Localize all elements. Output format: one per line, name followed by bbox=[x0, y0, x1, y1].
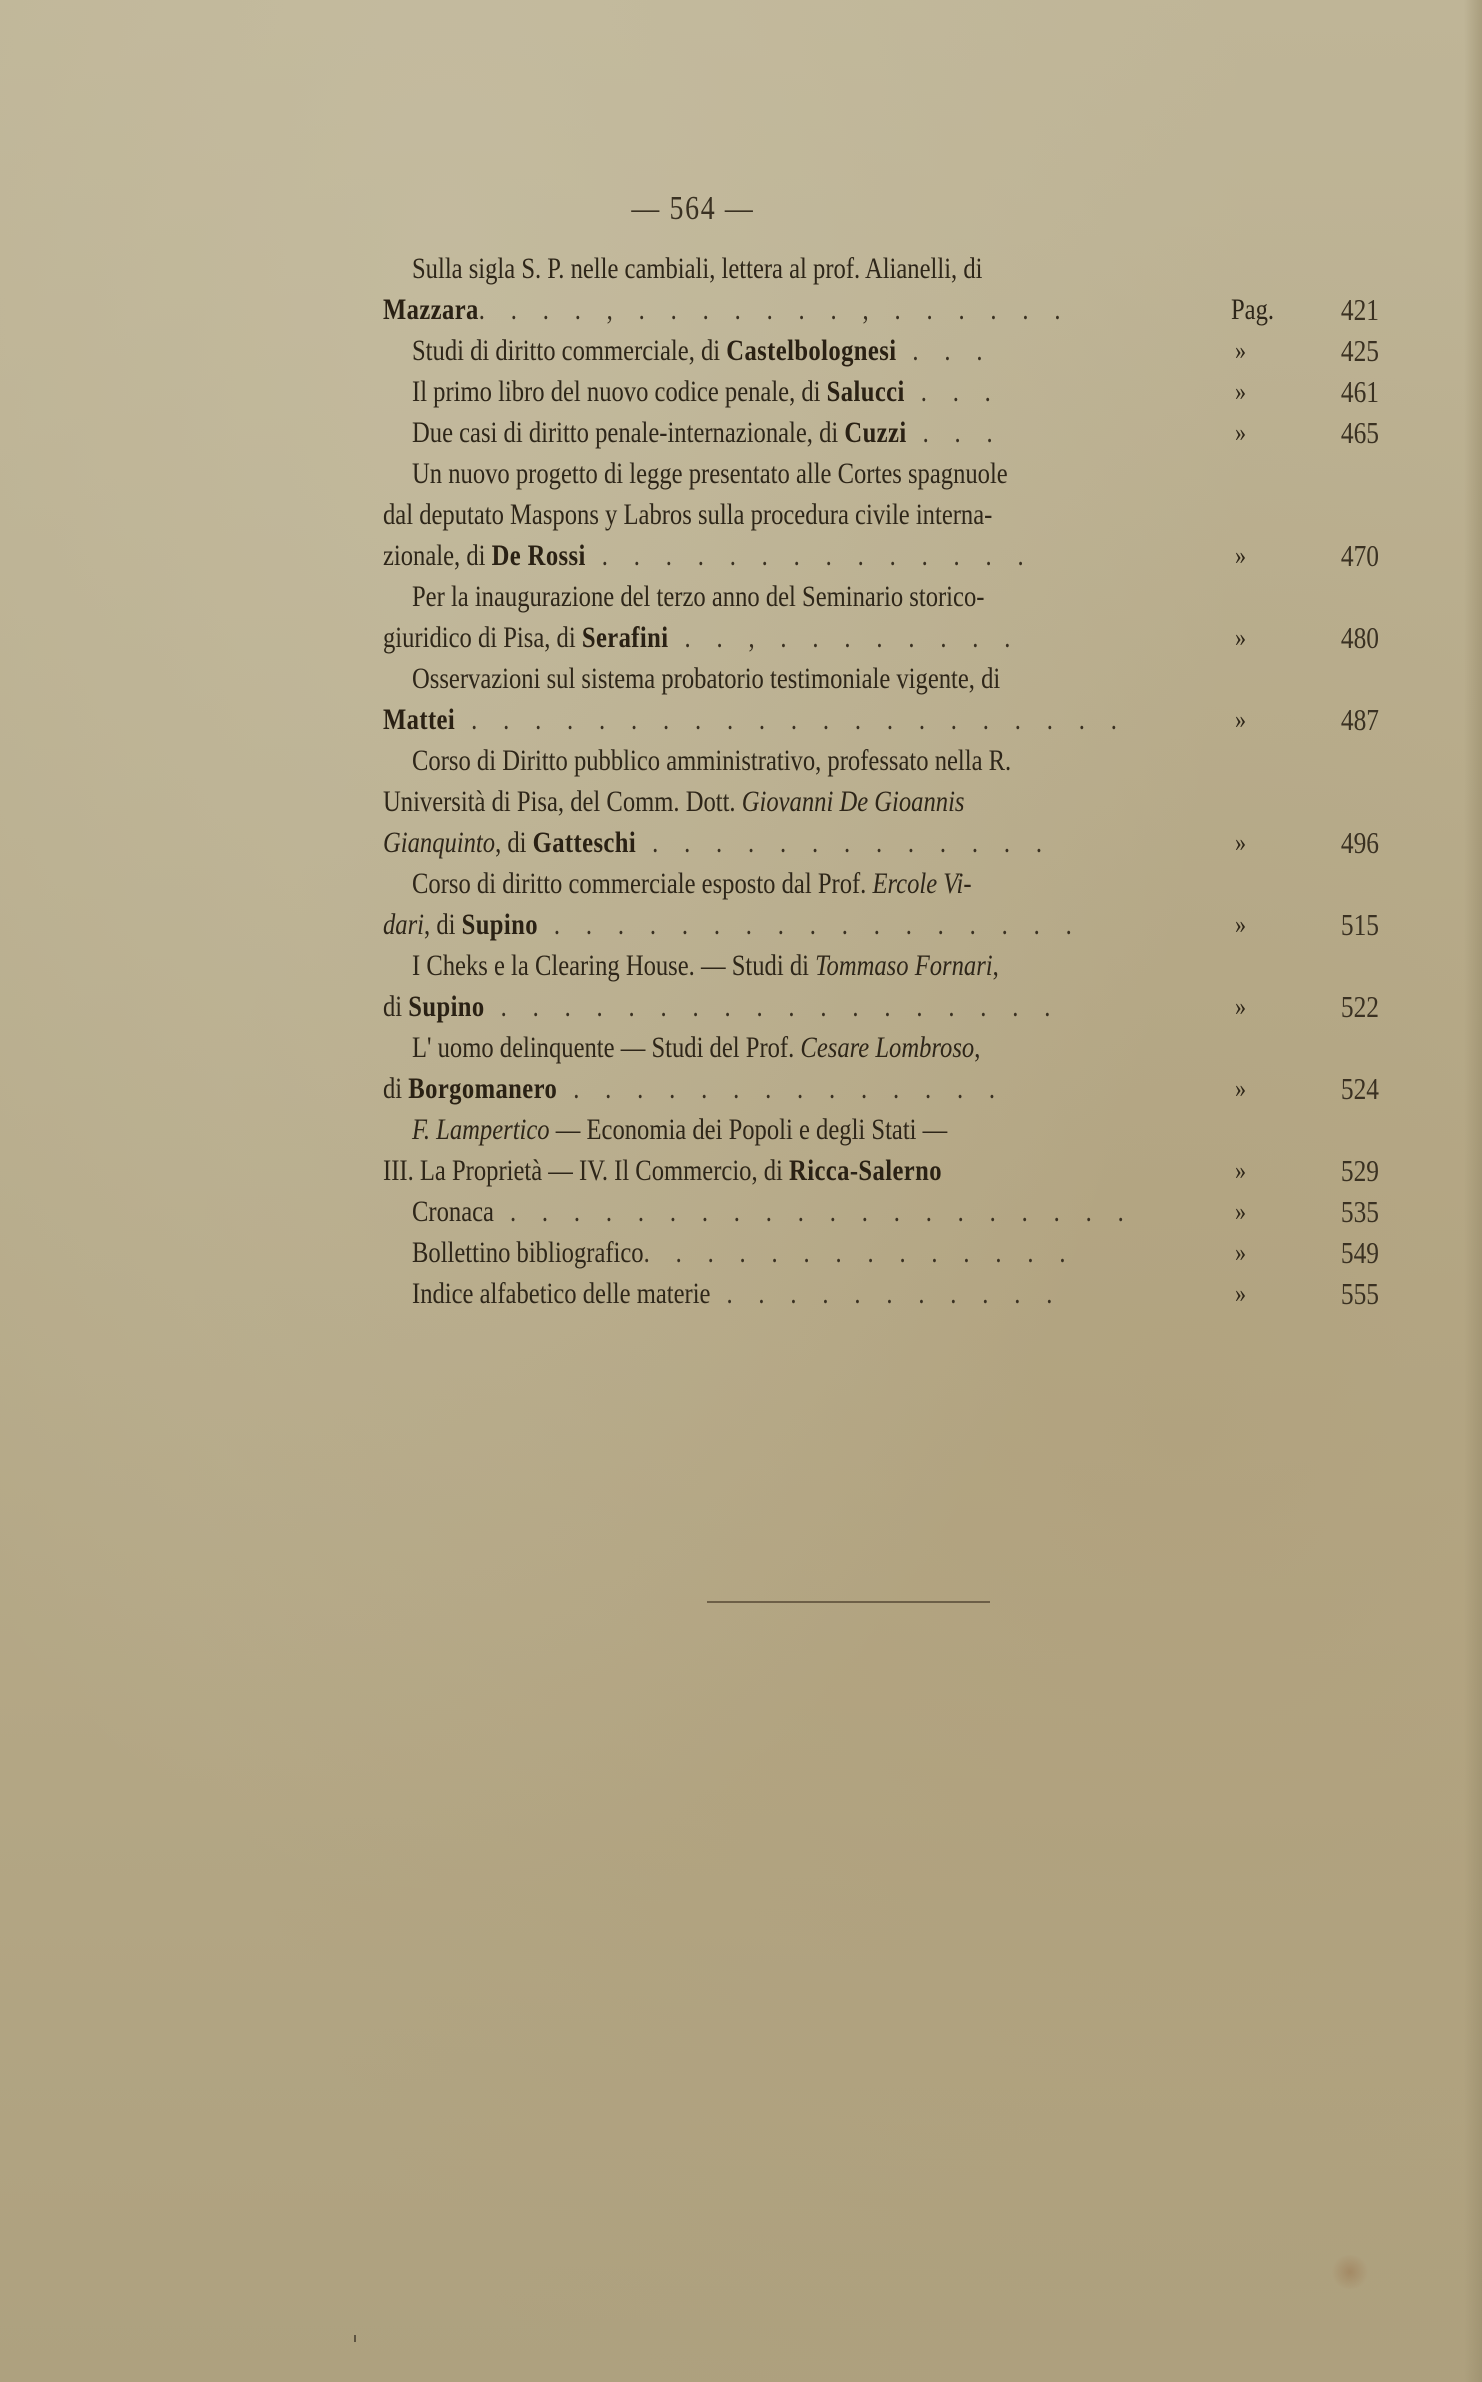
toc-line-text: Indice alfabetico delle materie . . . . … bbox=[412, 1273, 1252, 1314]
toc-entry: L' uomo delinquente — Studi del Prof. Ce… bbox=[383, 1027, 1383, 1109]
paper-speck bbox=[354, 2335, 356, 2342]
toc-line: dari, di Supino . . . . . . . . . . . . … bbox=[383, 904, 1383, 945]
toc-line-text: giuridico di Pisa, di Serafini . . , . .… bbox=[383, 617, 1223, 658]
author-name: De Rossi bbox=[492, 539, 586, 572]
toc-line-text: Il primo libro del nuovo codice penale, … bbox=[412, 371, 1252, 412]
toc-line: Indice alfabetico delle materie . . . . … bbox=[383, 1273, 1383, 1314]
toc-entry: Due casi di diritto penale-internazional… bbox=[383, 412, 1383, 453]
entry-title-text: Due casi di diritto penale-internazional… bbox=[412, 416, 844, 449]
author-name: Salucci bbox=[827, 375, 905, 408]
entry-title-text: — Economia dei Popoli e degli Stati — bbox=[550, 1113, 948, 1146]
entry-title-text: di bbox=[383, 1072, 408, 1105]
toc-line-text: Osservazioni sul sistema probatorio test… bbox=[412, 658, 1252, 699]
page-reference: 555 bbox=[1313, 1273, 1379, 1314]
italic-title: F. Lampertico bbox=[412, 1113, 550, 1146]
author-name: Ricca-Salerno bbox=[789, 1154, 942, 1187]
toc-line-text: di Borgomanero . . . . . . . . . . . . .… bbox=[383, 1068, 1223, 1109]
dot-leaders: . . . bbox=[905, 375, 1001, 408]
entry-title-text: , bbox=[974, 1031, 980, 1064]
closing-rule bbox=[707, 1601, 990, 1603]
entry-title-text: Indice alfabetico delle materie bbox=[412, 1277, 710, 1310]
entry-title-text: L' uomo delinquente — Studi del Prof. bbox=[412, 1031, 800, 1064]
toc-line-text: Gianquinto, di Gatteschi . . . . . . . .… bbox=[383, 822, 1223, 863]
dot-leaders: . . . . . . . . . . . . . . . . . . . . … bbox=[455, 703, 1127, 736]
entry-title-text: Corso di diritto commerciale esposto dal… bbox=[412, 867, 872, 900]
toc-line: F. Lampertico — Economia dei Popoli e de… bbox=[383, 1109, 1383, 1150]
entry-title-text: Osservazioni sul sistema probatorio test… bbox=[412, 662, 1000, 695]
toc-line: Studi di diritto commerciale, di Castelb… bbox=[383, 330, 1383, 371]
toc-line-text: Università di Pisa, del Comm. Dott. Giov… bbox=[383, 781, 1223, 822]
entry-title-text: Bollettino bibliografico bbox=[412, 1236, 644, 1269]
page-reference: 524 bbox=[1313, 1068, 1379, 1109]
toc-line-text: Un nuovo progetto di legge presentato al… bbox=[412, 453, 1252, 494]
page-reference: 487 bbox=[1313, 699, 1379, 740]
toc-entry: Corso di Diritto pubblico amministrativo… bbox=[383, 740, 1383, 863]
dot-leaders: . . . bbox=[907, 416, 1003, 449]
italic-title: Cesare Lombroso bbox=[800, 1031, 974, 1064]
toc-line-text: Sulla sigla S. P. nelle cambiali, letter… bbox=[412, 248, 1252, 289]
dot-leaders: . . . . , . . . . . . . , . . . . . . bbox=[479, 293, 1071, 326]
entry-title-text: Cronaca bbox=[412, 1195, 494, 1228]
toc-line-text: Bollettino bibliografico. . . . . . . . … bbox=[412, 1232, 1252, 1273]
entry-title-text: Un nuovo progetto di legge presentato al… bbox=[412, 457, 1008, 490]
toc-line: di Borgomanero . . . . . . . . . . . . .… bbox=[383, 1068, 1383, 1109]
page-reference: 522 bbox=[1313, 986, 1379, 1027]
toc-line: Cronaca . . . . . . . . . . . . . . . . … bbox=[383, 1191, 1383, 1232]
dot-leaders: . . . . . . . . . . . . . . . . . . . . bbox=[494, 1195, 1134, 1228]
toc-line-text: zionale, di De Rossi . . . . . . . . . .… bbox=[383, 535, 1223, 576]
toc-line-text: Studi di diritto commerciale, di Castelb… bbox=[412, 330, 1252, 371]
dot-leaders: . . . bbox=[896, 334, 992, 367]
toc-line-text: L' uomo delinquente — Studi del Prof. Ce… bbox=[412, 1027, 1252, 1068]
page-reference: 549 bbox=[1313, 1232, 1379, 1273]
entry-title-text: , bbox=[993, 949, 999, 982]
toc-entry: I Cheks e la Clearing House. — Studi di … bbox=[383, 945, 1383, 1027]
toc-line-text: Corso di Diritto pubblico amministrativo… bbox=[412, 740, 1252, 781]
dot-leaders: . . . . . . . . . . . . . . bbox=[644, 1236, 1076, 1269]
ditto-mark: » bbox=[1235, 535, 1246, 576]
entry-title-text: , di bbox=[495, 826, 533, 859]
entry-title-text: di bbox=[383, 990, 408, 1023]
toc-line: Mazzara. . . . , . . . . . . . , . . . .… bbox=[383, 289, 1383, 330]
dot-leaders: . . . . . . . . . . . . . . . . . bbox=[538, 908, 1082, 941]
toc-line: dal deputato Maspons y Labros sulla proc… bbox=[383, 494, 1383, 535]
toc-line: Università di Pisa, del Comm. Dott. Giov… bbox=[383, 781, 1383, 822]
italic-title: Gianquinto bbox=[383, 826, 495, 859]
page-reference: 421 bbox=[1313, 289, 1379, 330]
ditto-mark: » bbox=[1235, 330, 1246, 371]
toc-entry: Sulla sigla S. P. nelle cambiali, letter… bbox=[383, 248, 1383, 330]
page-reference: 515 bbox=[1313, 904, 1379, 945]
page-reference: 535 bbox=[1313, 1191, 1379, 1232]
toc-line-text: III. La Proprietà — IV. Il Commercio, di… bbox=[383, 1150, 1223, 1191]
toc-line-text: Corso di diritto commerciale esposto dal… bbox=[412, 863, 1252, 904]
toc-line: zionale, di De Rossi . . . . . . . . . .… bbox=[383, 535, 1383, 576]
ditto-mark: » bbox=[1235, 1068, 1246, 1109]
toc-line: Il primo libro del nuovo codice penale, … bbox=[383, 371, 1383, 412]
toc-line: Mattei . . . . . . . . . . . . . . . . .… bbox=[383, 699, 1383, 740]
author-name: Borgomanero bbox=[408, 1072, 557, 1105]
author-name: Serafini bbox=[582, 621, 669, 654]
toc-entry: Bollettino bibliografico. . . . . . . . … bbox=[383, 1232, 1383, 1273]
page-reference: 470 bbox=[1313, 535, 1379, 576]
entry-title-text: Studi di diritto commerciale, di bbox=[412, 334, 726, 367]
author-name: Gatteschi bbox=[533, 826, 636, 859]
entry-title-text: Per la inaugurazione del terzo anno del … bbox=[412, 580, 984, 613]
author-name: Supino bbox=[408, 990, 484, 1023]
toc-line-text: Mazzara. . . . , . . . . . . . , . . . .… bbox=[383, 289, 1223, 330]
toc-entry: Il primo libro del nuovo codice penale, … bbox=[383, 371, 1383, 412]
entry-title-text: I Cheks e la Clearing House. — Studi di bbox=[412, 949, 815, 982]
italic-title: Giovanni De Gioannis bbox=[742, 785, 965, 818]
entry-title-text: Sulla sigla S. P. nelle cambiali, letter… bbox=[412, 252, 982, 285]
toc-line-text: I Cheks e la Clearing House. — Studi di … bbox=[412, 945, 1252, 986]
author-name: Castelbolognesi bbox=[726, 334, 896, 367]
entry-title-text: Il primo libro del nuovo codice penale, … bbox=[412, 375, 827, 408]
toc-entry: Un nuovo progetto di legge presentato al… bbox=[383, 453, 1383, 576]
toc-entry: Cronaca . . . . . . . . . . . . . . . . … bbox=[383, 1191, 1383, 1232]
toc-line: Bollettino bibliografico. . . . . . . . … bbox=[383, 1232, 1383, 1273]
ditto-mark: » bbox=[1235, 1232, 1246, 1273]
ditto-mark: » bbox=[1235, 986, 1246, 1027]
toc-line-text: dal deputato Maspons y Labros sulla proc… bbox=[383, 494, 1223, 535]
toc-line-text: Due casi di diritto penale-internazional… bbox=[412, 412, 1252, 453]
toc-entry: F. Lampertico — Economia dei Popoli e de… bbox=[383, 1109, 1383, 1191]
author-name: Supino bbox=[462, 908, 538, 941]
page-reference: 465 bbox=[1313, 412, 1379, 453]
italic-title: dari bbox=[383, 908, 424, 941]
author-name: Mattei bbox=[383, 703, 455, 736]
toc-line: III. La Proprietà — IV. Il Commercio, di… bbox=[383, 1150, 1383, 1191]
toc-line: giuridico di Pisa, di Serafini . . , . .… bbox=[383, 617, 1383, 658]
toc-line: L' uomo delinquente — Studi del Prof. Ce… bbox=[383, 1027, 1383, 1068]
ditto-mark: » bbox=[1235, 371, 1246, 412]
toc-line: Corso di Diritto pubblico amministrativo… bbox=[383, 740, 1383, 781]
author-name: Cuzzi bbox=[844, 416, 906, 449]
dot-leaders: . . . . . . . . . . . . . . bbox=[586, 539, 1034, 572]
toc-line: di Supino . . . . . . . . . . . . . . . … bbox=[383, 986, 1383, 1027]
entry-title-text: dal deputato Maspons y Labros sulla proc… bbox=[383, 498, 992, 531]
ditto-mark: » bbox=[1235, 617, 1246, 658]
dot-leaders: . . . . . . . . . . . . . . bbox=[557, 1072, 1005, 1105]
toc-line: I Cheks e la Clearing House. — Studi di … bbox=[383, 945, 1383, 986]
toc-line: Sulla sigla S. P. nelle cambiali, letter… bbox=[383, 248, 1383, 289]
toc-line-text: Cronaca . . . . . . . . . . . . . . . . … bbox=[412, 1191, 1252, 1232]
ditto-mark: » bbox=[1235, 1150, 1246, 1191]
ditto-mark: » bbox=[1235, 412, 1246, 453]
ditto-mark: » bbox=[1235, 904, 1246, 945]
dot-leaders: . . , . . . . . . . . bbox=[669, 621, 1021, 654]
toc-entry: Indice alfabetico delle materie . . . . … bbox=[383, 1273, 1383, 1314]
toc-line: Gianquinto, di Gatteschi . . . . . . . .… bbox=[383, 822, 1383, 863]
page-edge-shadow bbox=[1464, 0, 1482, 2382]
toc-line: Un nuovo progetto di legge presentato al… bbox=[383, 453, 1383, 494]
toc-entry: Corso di diritto commerciale esposto dal… bbox=[383, 863, 1383, 945]
toc-entry: Studi di diritto commerciale, di Castelb… bbox=[383, 330, 1383, 371]
page-reference: 461 bbox=[1313, 371, 1379, 412]
page-reference: 425 bbox=[1313, 330, 1379, 371]
entry-title-text: zionale, di bbox=[383, 539, 492, 572]
entry-title-text: III. La Proprietà — IV. Il Commercio, di bbox=[383, 1154, 789, 1187]
page-reference: 480 bbox=[1313, 617, 1379, 658]
page-reference: 496 bbox=[1313, 822, 1379, 863]
ditto-mark: » bbox=[1235, 1191, 1246, 1232]
ditto-mark: » bbox=[1235, 1273, 1246, 1314]
toc-entry: Per la inaugurazione del terzo anno del … bbox=[383, 576, 1383, 658]
toc-line-text: F. Lampertico — Economia dei Popoli e de… bbox=[412, 1109, 1252, 1150]
table-of-contents: Sulla sigla S. P. nelle cambiali, letter… bbox=[383, 248, 1383, 1314]
ditto-mark: » bbox=[1235, 822, 1246, 863]
toc-line-text: Per la inaugurazione del terzo anno del … bbox=[412, 576, 1252, 617]
entry-title-text: , di bbox=[424, 908, 462, 941]
dot-leaders: . . . . . . . . . . . . . . . . . . bbox=[485, 990, 1061, 1023]
entry-title-text: Università di Pisa, del Comm. Dott. bbox=[383, 785, 742, 818]
toc-line: Per la inaugurazione del terzo anno del … bbox=[383, 576, 1383, 617]
dot-leaders: . . . . . . . . . . . . . bbox=[636, 826, 1052, 859]
italic-title: Tommaso Fornari bbox=[815, 949, 992, 982]
toc-line: Due casi di diritto penale-internazional… bbox=[383, 412, 1383, 453]
entry-title-text: giuridico di Pisa, di bbox=[383, 621, 582, 654]
page-number: — 564 — bbox=[0, 190, 1386, 228]
toc-line: Osservazioni sul sistema probatorio test… bbox=[383, 658, 1383, 699]
dot-leaders: . . . . . . . . . . . bbox=[710, 1277, 1062, 1310]
toc-line: Corso di diritto commerciale esposto dal… bbox=[383, 863, 1383, 904]
toc-line-text: dari, di Supino . . . . . . . . . . . . … bbox=[383, 904, 1223, 945]
entry-title-text: Corso di Diritto pubblico amministrativo… bbox=[412, 744, 1011, 777]
toc-line-text: di Supino . . . . . . . . . . . . . . . … bbox=[383, 986, 1223, 1027]
toc-line-text: Mattei . . . . . . . . . . . . . . . . .… bbox=[383, 699, 1223, 740]
ditto-mark: » bbox=[1235, 699, 1246, 740]
paper-stain bbox=[1330, 2255, 1370, 2289]
page-abbrev-label: Pag. bbox=[1231, 289, 1274, 330]
italic-title: Ercole Vi- bbox=[872, 867, 971, 900]
page-reference: 529 bbox=[1313, 1150, 1379, 1191]
toc-entry: Osservazioni sul sistema probatorio test… bbox=[383, 658, 1383, 740]
author-name: Mazzara bbox=[383, 293, 479, 326]
